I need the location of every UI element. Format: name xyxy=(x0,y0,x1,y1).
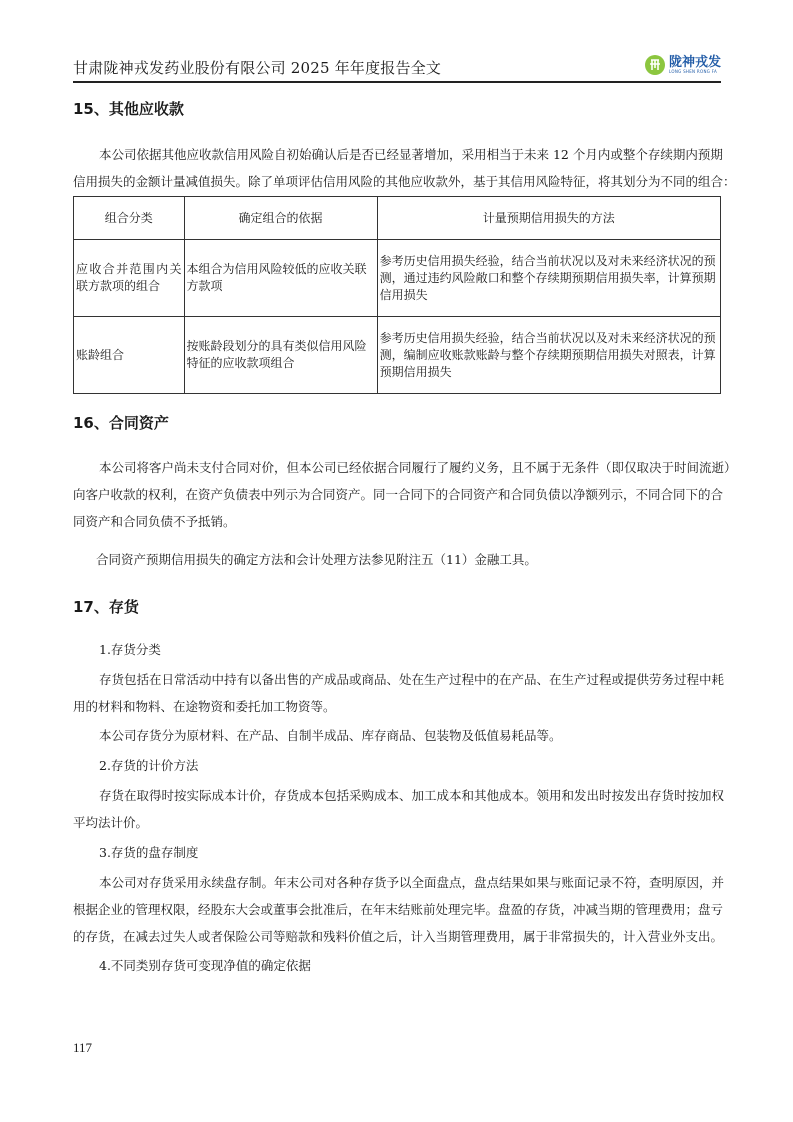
text-line: 存货包括在日常活动中持有以备出售的产成品或商品、处在生产过程中的在产品、在生产过… xyxy=(73,666,721,693)
table-row: 账龄组合 按账龄段划分的具有类似信用风险特征的应收款项组合 参考历史信用损失经验… xyxy=(74,317,721,394)
table-cell: 账龄组合 xyxy=(74,317,185,394)
text-line: 合同资产预期信用损失的确定方法和会计处理方法参见附注五（11）金融工具。 xyxy=(73,546,721,573)
header-divider xyxy=(73,81,721,83)
header-cell: 计量预期信用损失的方法 xyxy=(377,197,720,240)
section17-body: 1.存货分类 存货包括在日常活动中持有以备出售的产成品或商品、处在生产过程中的在… xyxy=(73,636,721,979)
text-line: 平均法计价。 xyxy=(73,809,721,836)
header-cell: 组合分类 xyxy=(74,197,185,240)
subheading-2: 2.存货的计价方法 xyxy=(73,752,721,779)
text-line: 信用损失的金额计量减值损失。除了单项评估信用风险的其他应收款外，基于其信用风险特… xyxy=(73,168,721,195)
text-line: 同资产和合同负债不予抵销。 xyxy=(73,508,721,535)
page-header: 甘肃陇神戎发药业股份有限公司 2025 年年度报告全文 陇神戎发 LONG SH… xyxy=(73,52,721,82)
table-cell: 应收合并范围内关联方款项的组合 xyxy=(74,240,185,317)
subheading-3: 3.存货的盘存制度 xyxy=(73,839,721,866)
table-row: 应收合并范围内关联方款项的组合 本组合为信用风险较低的应收关联方款项 参考历史信… xyxy=(74,240,721,317)
company-logo: 陇神戎发 LONG SHEN RONG FA xyxy=(645,52,721,78)
text-line: 根据企业的管理权限，经股东大会或董事会批准后，在年末结账前处理完毕。盘盈的存货，… xyxy=(73,896,721,923)
section16-paragraph: 本公司将客户尚未支付合同对价，但本公司已经依据合同履行了履约义务，且不属于无条件… xyxy=(73,454,721,535)
subheading-4: 4.不同类别存货可变现净值的确定依据 xyxy=(73,952,721,979)
section16-reference: 合同资产预期信用损失的确定方法和会计处理方法参见附注五（11）金融工具。 xyxy=(73,546,721,573)
table-cell: 本组合为信用风险较低的应收关联方款项 xyxy=(184,240,377,317)
text-line: 存货在取得时按实际成本计价，存货成本包括采购成本、加工成本和其他成本。领用和发出… xyxy=(73,782,721,809)
header-cell: 确定组合的依据 xyxy=(184,197,377,240)
text-line: 向客户收款的权利，在资产负债表中列示为合同资产。同一合同下的合同资产和合同负债以… xyxy=(73,481,721,508)
table-header-row: 组合分类 确定组合的依据 计量预期信用损失的方法 xyxy=(74,197,721,240)
section-heading-15: 15、其他应收款 xyxy=(73,98,184,119)
company-logo-icon xyxy=(645,55,665,75)
text-line: 本公司存货分为原材料、在产品、自制半成品、库存商品、包装物及低值易耗品等。 xyxy=(73,722,721,749)
section15-paragraph: 本公司依据其他应收款信用风险自初始确认后是否已经显著增加，采用相当于未来 12 … xyxy=(73,141,721,195)
table-cell: 参考历史信用损失经验，结合当前状况以及对未来经济状况的预测，通过违约风险敞口和整… xyxy=(377,240,720,317)
section-heading-16: 16、合同资产 xyxy=(73,412,169,433)
text-line: 本公司对存货采用永续盘存制。年末公司对各种存货予以全面盘点，盘点结果如果与账面记… xyxy=(73,869,721,896)
table-cell: 按账龄段划分的具有类似信用风险特征的应收款项组合 xyxy=(184,317,377,394)
table-cell: 参考历史信用损失经验，结合当前状况以及对未来经济状况的预测，编制应收账款账龄与整… xyxy=(377,317,720,394)
logo-name-cn: 陇神戎发 xyxy=(669,56,721,69)
logo-name-en: LONG SHEN RONG FA xyxy=(669,70,721,74)
portfolio-table: 组合分类 确定组合的依据 计量预期信用损失的方法 应收合并范围内关联方款项的组合… xyxy=(73,196,721,394)
text-line: 的存货，在减去过失人或者保险公司等赔款和残料价值之后，计入当期管理费用，属于非常… xyxy=(73,923,721,950)
report-title: 甘肃陇神戎发药业股份有限公司 2025 年年度报告全文 xyxy=(73,57,441,78)
subheading-1: 1.存货分类 xyxy=(73,636,721,663)
section-heading-17: 17、存货 xyxy=(73,596,139,617)
text-line: 本公司依据其他应收款信用风险自初始确认后是否已经显著增加，采用相当于未来 12 … xyxy=(73,141,721,168)
page-number: 117 xyxy=(73,1040,92,1056)
text-line: 用的材料和物料、在途物资和委托加工物资等。 xyxy=(73,693,721,720)
text-line: 本公司将客户尚未支付合同对价，但本公司已经依据合同履行了履约义务，且不属于无条件… xyxy=(73,454,721,481)
